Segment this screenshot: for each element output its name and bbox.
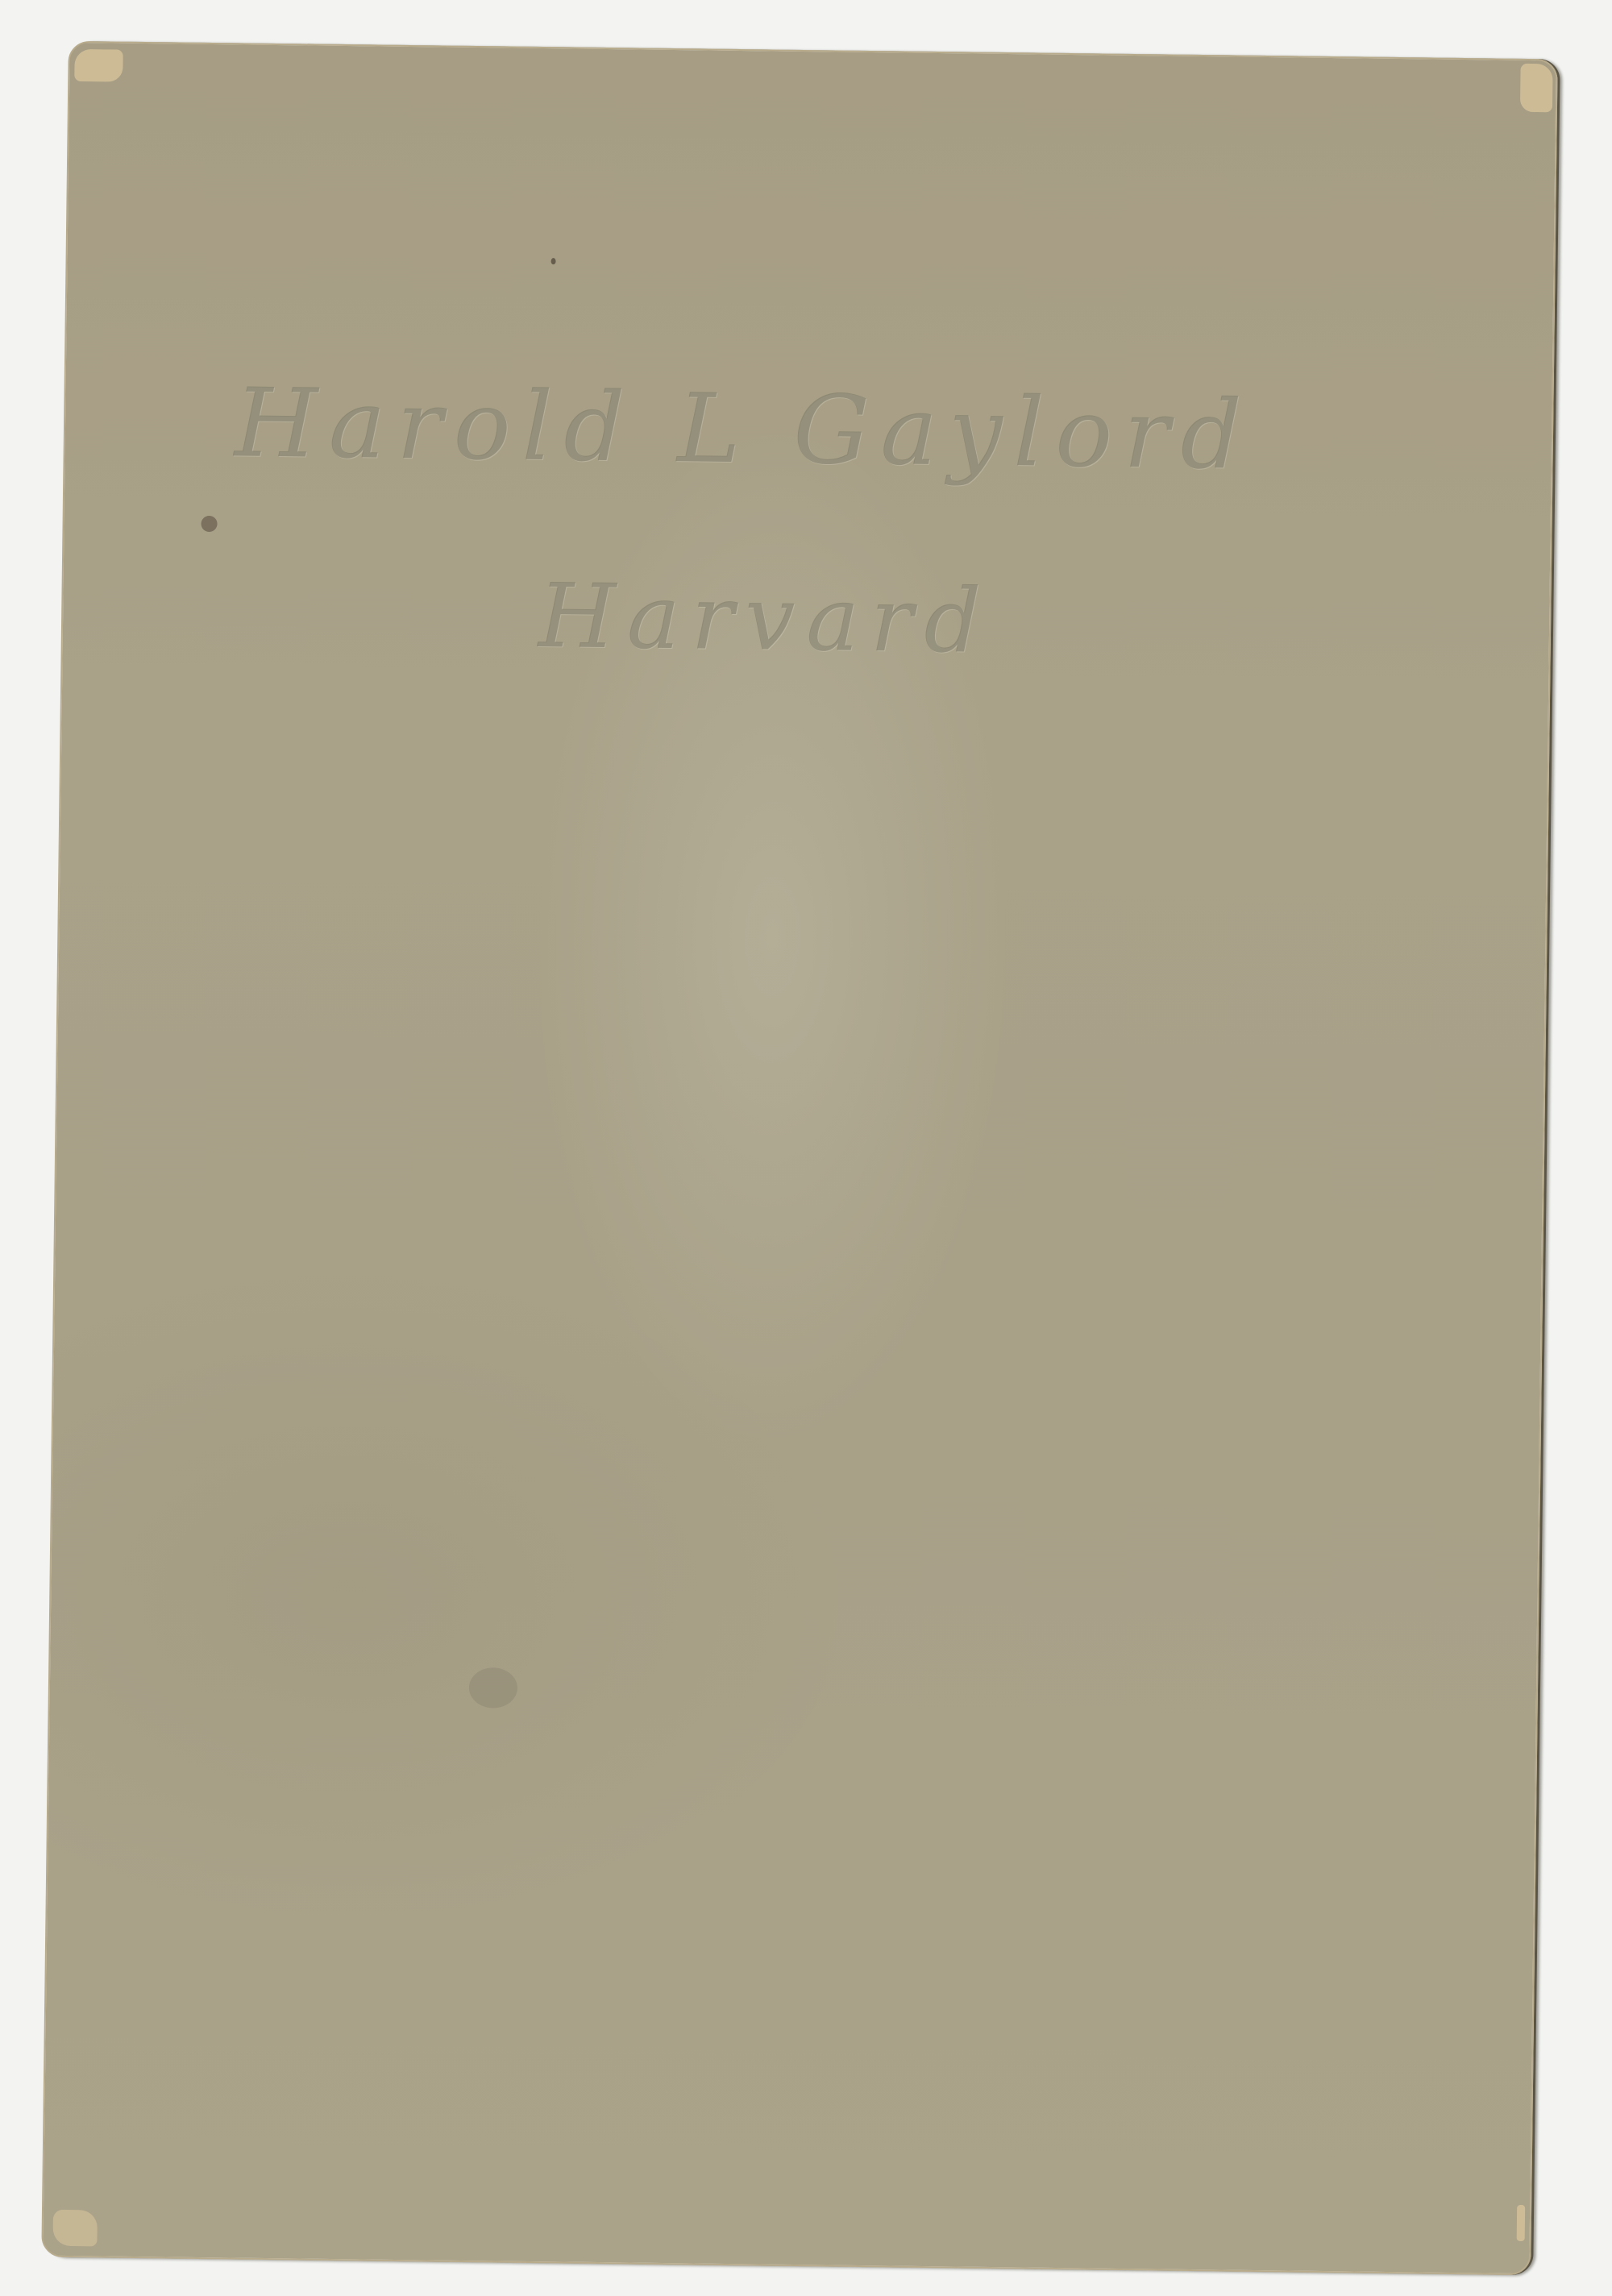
corner-wear-top-right [1520, 64, 1553, 112]
corner-wear-bottom-right [1517, 2205, 1526, 2241]
card-back: Harold L Gaylord Harvard [41, 41, 1557, 2275]
stain-spot [469, 1667, 518, 1709]
corner-wear-bottom-left [52, 2210, 98, 2247]
stain-spot [201, 516, 217, 532]
handwritten-place: Harvard [538, 564, 992, 673]
corner-wear-top-left [74, 49, 123, 82]
handwritten-name: Harold L Gaylord [234, 367, 1253, 490]
stain-spot [551, 258, 556, 264]
